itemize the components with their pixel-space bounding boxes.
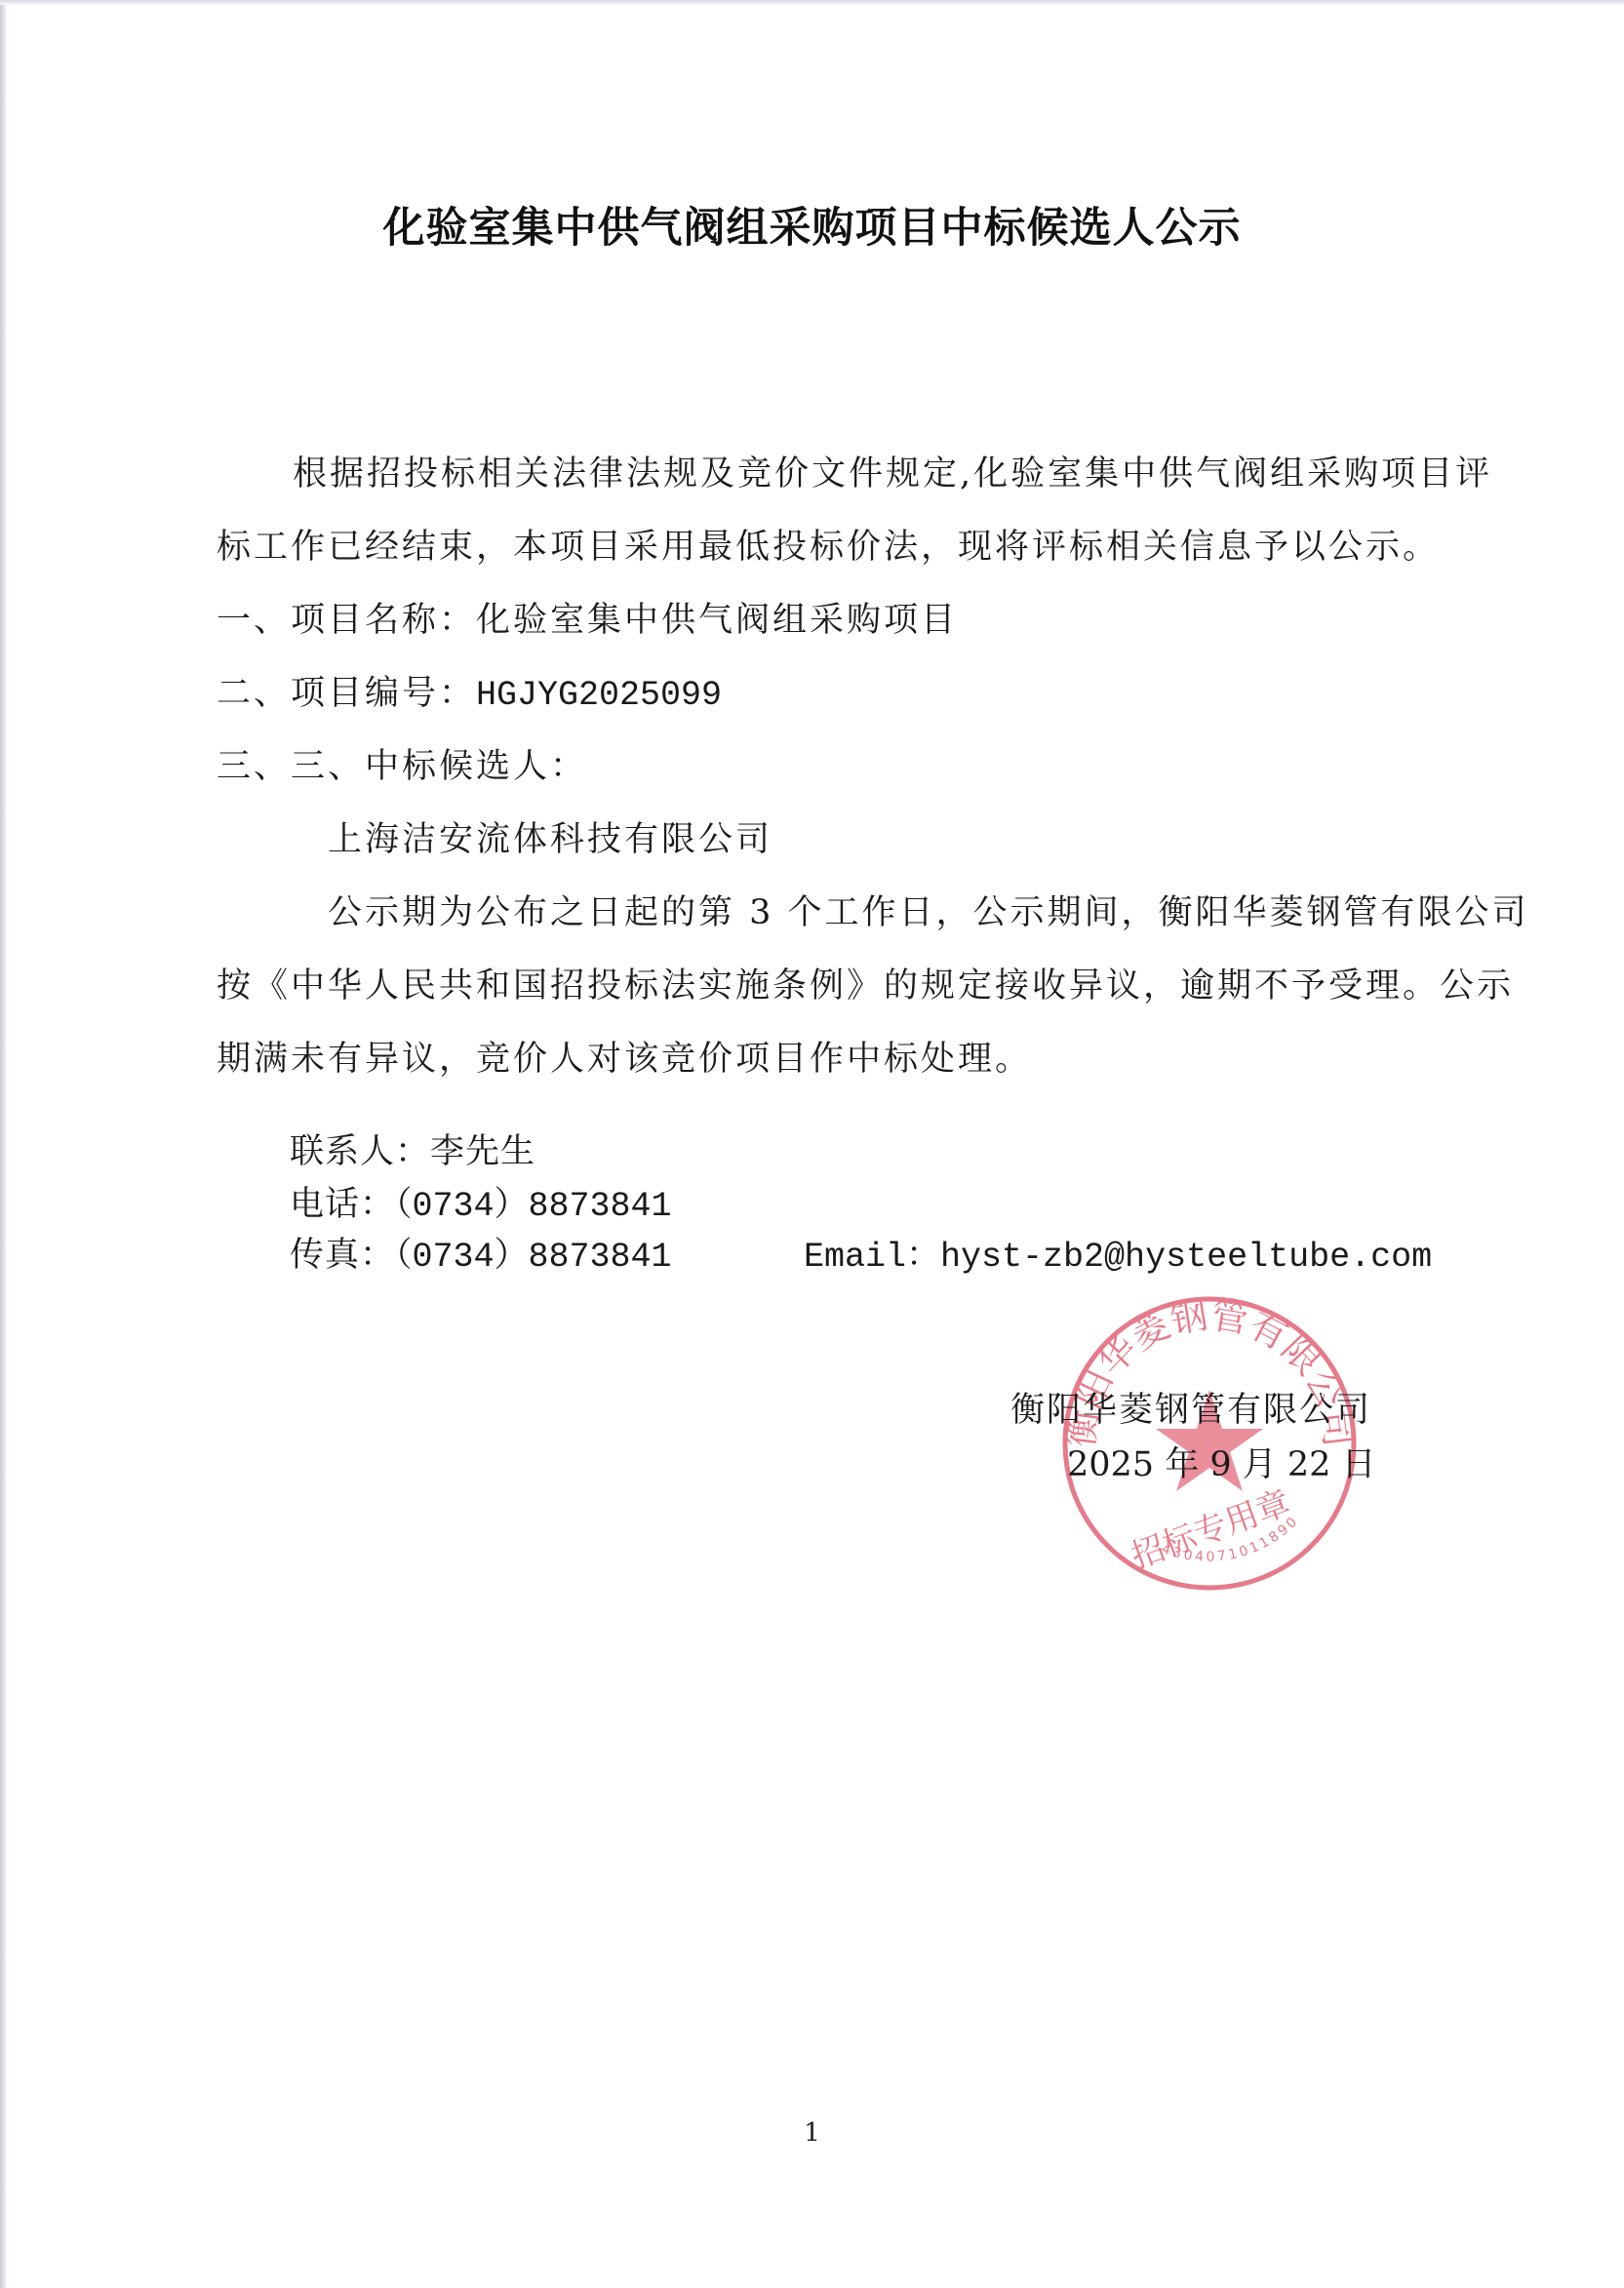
contact-email-link[interactable]: hyst-zb2@hysteeltube.com xyxy=(940,1238,1432,1277)
item-project-name: 一、项目名称：化验室集中供气阀组采购项目 xyxy=(217,593,958,642)
contact-fax: 传真：（0734）8873841 xyxy=(290,1228,672,1277)
candidate-name: 上海洁安流体科技有限公司 xyxy=(328,812,772,861)
item-label: 一、项目名称： xyxy=(217,601,476,640)
contact-email: Email：hyst-zb2@hysteeltube.com xyxy=(804,1228,1432,1277)
notice-line-3: 期满未有异议，竞价人对该竞价项目作中标处理。 xyxy=(217,1032,1032,1081)
signature-date: 2025 年 9 月 22 日 xyxy=(1067,1438,1376,1486)
notice-line-2: 按《中华人民共和国招投标法实施条例》的规定接收异议，逾期不予受理。公示 xyxy=(217,959,1514,1007)
contact-phone-value: （0734）8873841 xyxy=(395,1187,672,1226)
item-project-number: 二、项目编号：HGJYG2025099 xyxy=(217,666,722,715)
scan-edge-top xyxy=(0,0,1624,5)
item-value: HGJYG2025099 xyxy=(476,676,722,715)
contact-person-value: 李先生 xyxy=(430,1132,535,1171)
contact-person-label: 联系人： xyxy=(290,1132,430,1171)
scan-edge xyxy=(0,0,6,2288)
contact-phone: 电话：（0734）8873841 xyxy=(290,1177,672,1226)
intro-paragraph-line-1: 根据招投标相关法律法规及竞价文件规定,化验室集中供气阀组采购项目评 xyxy=(293,447,1492,495)
contact-phone-label: 电话： xyxy=(290,1185,395,1224)
intro-paragraph-line-2: 标工作已经结束，本项目采用最低投标价法，现将评标相关信息予以公示。 xyxy=(217,520,1440,569)
page-number: 1 xyxy=(0,2118,1624,2148)
page-title: 化验室集中供气阀组采购项目中标候选人公示 xyxy=(0,195,1624,255)
notice-line-1: 公示期为公布之日起的第 3 个工作日，公示期间，衡阳华菱钢管有限公司 xyxy=(328,886,1529,934)
item-value: 化验室集中供气阀组采购项目 xyxy=(476,601,958,640)
item-label: 三、三、中标候选人： xyxy=(217,747,587,786)
contact-fax-label: 传真： xyxy=(290,1236,395,1275)
item-label: 二、项目编号： xyxy=(217,674,476,713)
item-candidate-heading: 三、三、中标候选人： xyxy=(217,739,587,788)
contact-person: 联系人：李先生 xyxy=(290,1124,535,1173)
signature-company: 衡阳华菱钢管有限公司 xyxy=(1010,1383,1371,1432)
contact-fax-value: （0734）8873841 xyxy=(395,1238,672,1277)
contact-email-label: Email： xyxy=(804,1238,940,1277)
